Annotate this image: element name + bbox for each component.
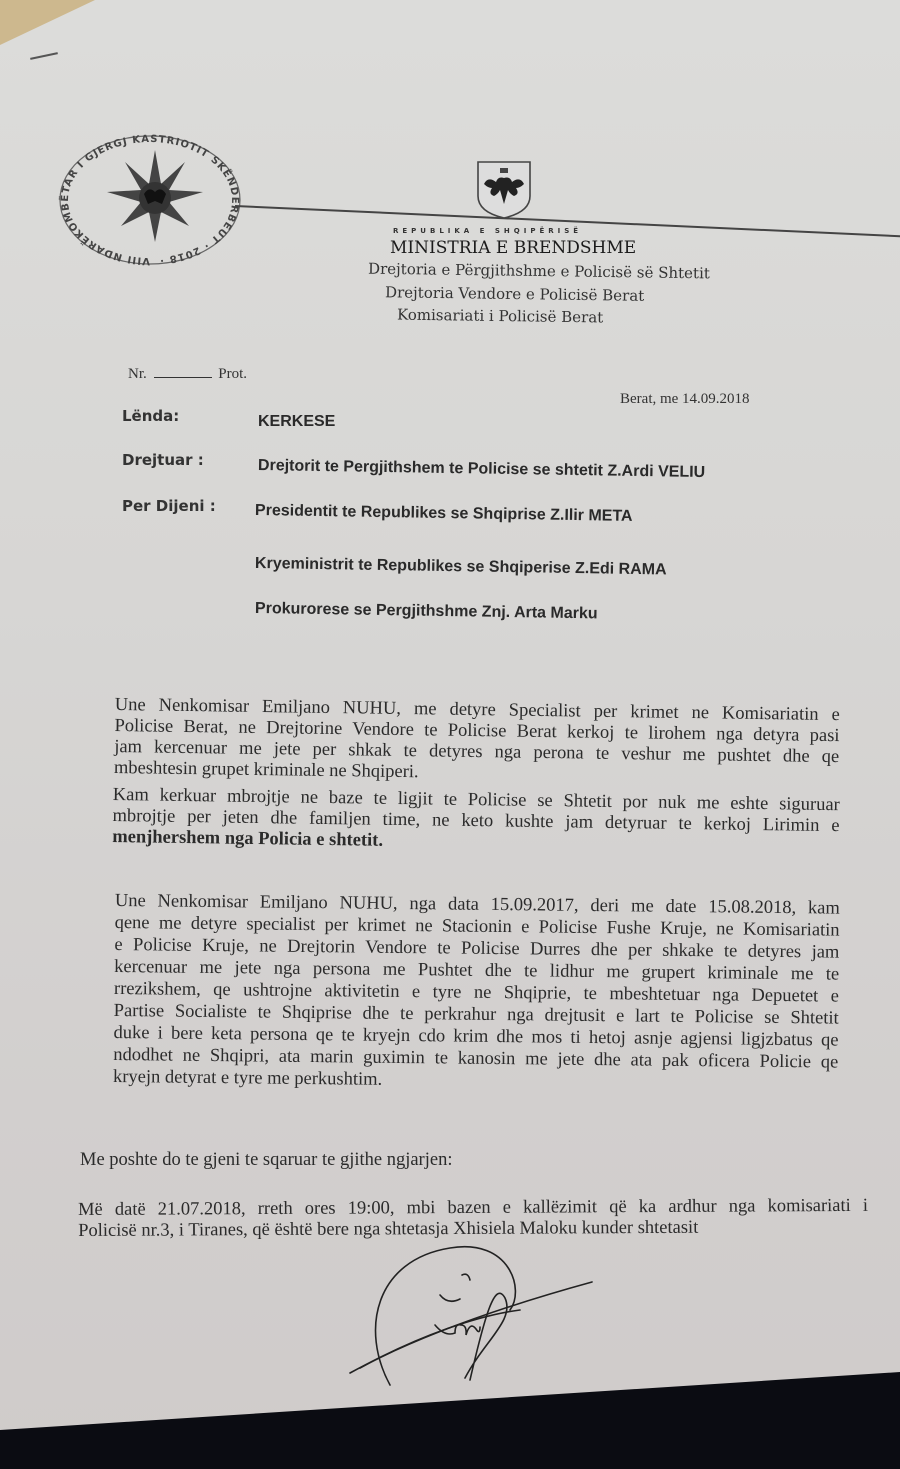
letterhead-line-1: Drejtoria e Përgjithshme e Policisë së S… <box>368 260 710 283</box>
lenda-value: KERKESE <box>258 413 335 431</box>
per-dijeni-label: Per Dijeni : <box>122 497 216 515</box>
nr-label: Nr. <box>128 366 147 382</box>
letterhead-line-2: Drejtoria Vendore e Policisë Berat <box>385 283 644 305</box>
pen-mark <box>30 52 58 60</box>
per-dijeni-recipient-2: Kryeministrit te Republikes se Shqiperis… <box>255 555 667 579</box>
per-dijeni-recipient-3: Prokurorese se Pergjithshme Znj. Arta Ma… <box>255 600 598 623</box>
eagle-sunburst-seal-icon: VIII NDARЁKOMBЁTAR I GJERGJ KASTRIOTIT S… <box>55 130 245 270</box>
body-paragraph-2: Kam kerkuar mbrojtje ne baze te ligjit t… <box>112 785 840 858</box>
letterhead-line-3: Komisariati i Policisë Berat <box>397 306 603 327</box>
body-paragraph-1: Une Nenkomisar Emiljano NUHU, me detyre … <box>114 695 840 789</box>
paragraph-line: Më datë 21.07.2018, rreth ores 19:00, mb… <box>78 1196 868 1221</box>
albanian-eagle-shield-icon <box>476 160 532 220</box>
prot-label: Prot. <box>218 366 247 382</box>
place-date: Berat, me 14.09.2018 <box>620 391 750 408</box>
background-corner <box>0 0 95 45</box>
nr-value <box>154 377 212 378</box>
ministry-title: MINISTRIA E BRENDSHME <box>390 238 636 258</box>
body-paragraph-4: Me poshte do te gjeni te sqaruar te gjit… <box>80 1150 680 1171</box>
paragraph-line: Me poshte do te gjeni te sqaruar te gjit… <box>80 1150 680 1171</box>
protocol-number: Nr. Prot. <box>128 366 247 383</box>
republic-line: REPUBLIKA E SHQIPËRISË <box>393 227 582 235</box>
handwritten-signature-icon <box>320 1240 620 1410</box>
body-paragraph-3: Une Nenkomisar Emiljano NUHU, nga data 1… <box>113 890 840 1096</box>
per-dijeni-recipient-1: Presidentit te Republikes se Shqiprise Z… <box>255 502 633 526</box>
drejtuar-value: Drejtorit te Pergjithshem te Policise se… <box>258 457 705 482</box>
paragraph-line: Policisë nr.3, i Tiranes, që është bere … <box>78 1217 868 1242</box>
drejtuar-label: Drejtuar : <box>122 451 204 469</box>
document-page: VIII NDARЁKOMBЁTAR I GJERGJ KASTRIOTIT S… <box>0 0 900 1469</box>
body-paragraph-5: Më datë 21.07.2018, rreth ores 19:00, mb… <box>78 1196 868 1242</box>
lenda-label: Lënda: <box>122 407 179 425</box>
